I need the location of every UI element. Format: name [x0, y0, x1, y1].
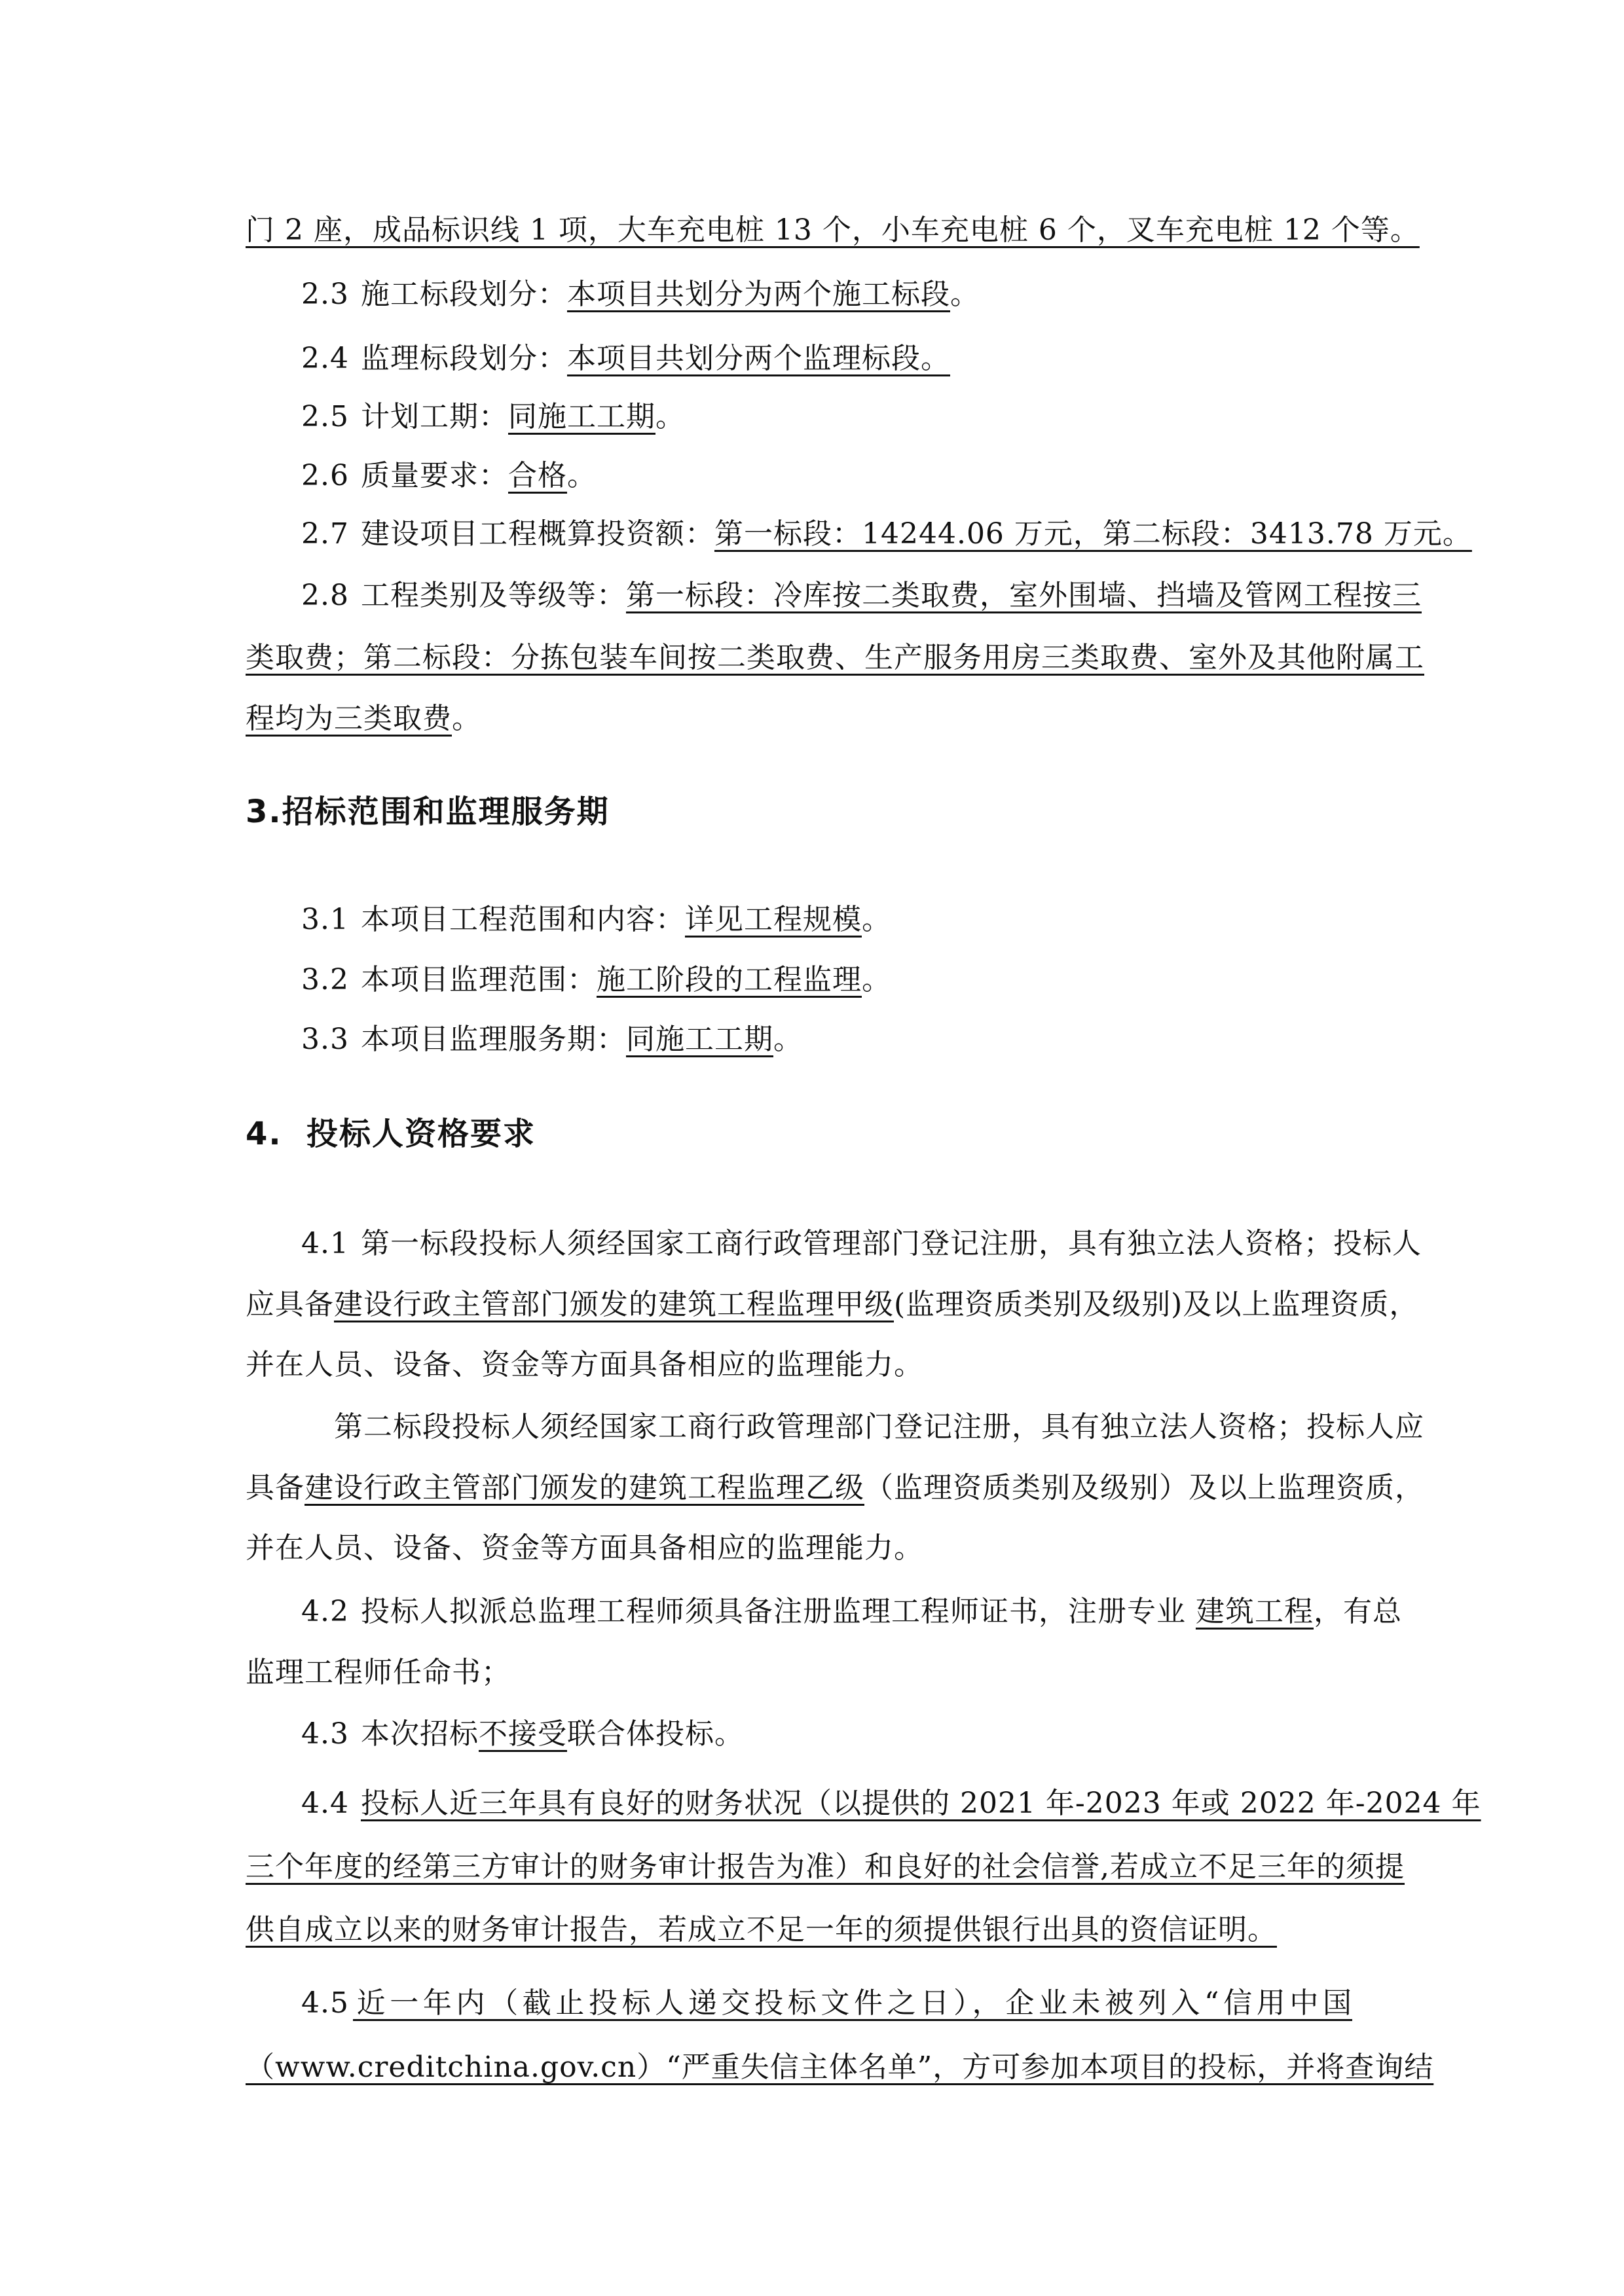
- item-value: 详见工程规模: [685, 903, 862, 936]
- consortium-value: 不接受: [479, 1717, 567, 1751]
- item-value: 合格: [508, 459, 567, 492]
- item-value: 施工阶段的工程监理: [597, 963, 862, 996]
- item-2-4: 2.4监理标段划分：本项目共划分两个监理标段。: [301, 339, 1352, 378]
- item-number: 4.2: [301, 1595, 349, 1628]
- item-label: 本项目工程范围和内容：: [361, 903, 685, 936]
- item-text: 供自成立以来的财务审计报告，若成立不足一年的须提供银行出具的资信证明。: [246, 1913, 1277, 1946]
- item-value-cont: 程均为三类取费: [246, 702, 452, 735]
- item-text: （监理资质类别及级别）及以上监理资质，: [864, 1471, 1424, 1504]
- specialty-value: 建筑工程: [1196, 1595, 1314, 1628]
- item-text: (监理资质类别及级别)及以上监理资质，: [894, 1288, 1418, 1321]
- item-tail: 。: [862, 963, 891, 996]
- item-tail: 。: [773, 1023, 803, 1056]
- item-text: 具备: [246, 1471, 304, 1504]
- qualification-value: 建设行政主管部门颁发的建筑工程监理乙级: [304, 1471, 864, 1504]
- item-text: 应具备: [246, 1288, 334, 1321]
- item-number: 2.5: [301, 400, 349, 433]
- item-4-1-line3: 并在人员、设备、资金等方面具备相应的监理能力。: [246, 1345, 1352, 1385]
- item-number: 2.4: [301, 342, 349, 375]
- item-label: 建设项目工程概算投资额：: [361, 517, 714, 551]
- item-text: 并在人员、设备、资金等方面具备相应的监理能力。: [246, 1531, 923, 1565]
- item-4-4-line2: 三个年度的经第三方审计的财务审计报告为准）和良好的社会信誉,若成立不足三年的须提: [246, 1848, 1352, 1887]
- item-value-cont: 类取费；第二标段：分拣包装车间按二类取费、生产服务用房三类取费、室外及其他附属工: [246, 641, 1424, 674]
- item-4-1-line2: 应具备建设行政主管部门颁发的建筑工程监理甲级(监理资质类别及级别)及以上监理资质…: [246, 1285, 1352, 1324]
- section-4-heading: 4. 投标人资格要求: [246, 1113, 536, 1155]
- item-4-2-line1: 4.2投标人拟派总监理工程师须具备注册监理工程师证书，注册专业 建筑工程，有总: [301, 1592, 1352, 1631]
- item-text: 投标人近三年具有良好的财务状况（以提供的 2021 年-2023 年或 2022…: [361, 1787, 1481, 1820]
- item-value: 第一标段：冷库按二类取费，室外围墙、挡墙及管网工程按三: [626, 579, 1422, 612]
- item-2-8-line2: 类取费；第二标段：分拣包装车间按二类取费、生产服务用房三类取费、室外及其他附属工: [246, 638, 1352, 678]
- item-number: 4.4: [301, 1787, 349, 1820]
- item-2-3: 2.3施工标段划分：本项目共划分为两个施工标段。: [301, 275, 1352, 314]
- item-text: 第二标段投标人须经国家工商行政管理部门登记注册，具有独立法人资格；投标人应: [334, 1410, 1424, 1444]
- item-value: 本项目共划分两个监理标段。: [567, 342, 950, 375]
- item-2-8-line3: 程均为三类取费。: [246, 699, 1352, 738]
- item-4-3: 4.3本次招标不接受联合体投标。: [301, 1715, 1352, 1754]
- item-value: 第一标段：14244.06 万元，第二标段：3413.78 万元。: [714, 517, 1472, 551]
- item-label: 质量要求：: [361, 459, 508, 492]
- item-text: 本次招标: [361, 1717, 479, 1751]
- item-tail: 。: [452, 702, 481, 735]
- item-tail: 。: [567, 459, 597, 492]
- item-tail: 。: [950, 278, 980, 311]
- item-label: 本项目监理服务期：: [361, 1023, 626, 1056]
- item-tail: 。: [862, 903, 891, 936]
- item-3-1: 3.1本项目工程范围和内容：详见工程规模。: [301, 900, 1352, 939]
- underlined-value: 门 2 座，成品标识线 1 项，大车充电桩 13 个，小车充电桩 6 个，叉车充…: [246, 213, 1420, 247]
- item-number: 3.2: [301, 963, 349, 996]
- item-number: 4.1: [301, 1227, 349, 1260]
- item-label: 工程类别及等级等：: [361, 579, 626, 612]
- item-text: 并在人员、设备、资金等方面具备相应的监理能力。: [246, 1348, 923, 1381]
- qualification-value: 建设行政主管部门颁发的建筑工程监理甲级: [334, 1288, 894, 1321]
- item-value: 同施工工期: [508, 400, 655, 433]
- item-label: 计划工期：: [361, 400, 508, 433]
- item-value: 同施工工期: [626, 1023, 773, 1056]
- item-text: 近一年内（截止投标人递交投标文件之日），企业未被列入“信用中国: [353, 1986, 1352, 2020]
- item-text: 三个年度的经第三方审计的财务审计报告为准）和良好的社会信誉,若成立不足三年的须提: [246, 1850, 1405, 1884]
- item-number: 2.7: [301, 517, 349, 551]
- item-number: 4.5: [301, 1986, 349, 2020]
- item-label: 本项目监理范围：: [361, 963, 597, 996]
- continuation-line: 门 2 座，成品标识线 1 项，大车充电桩 13 个，小车充电桩 6 个，叉车充…: [246, 211, 1352, 250]
- item-2-6: 2.6质量要求：合格。: [301, 456, 1352, 496]
- item-4-1b-line3: 并在人员、设备、资金等方面具备相应的监理能力。: [246, 1529, 1352, 1568]
- item-3-3: 3.3本项目监理服务期：同施工工期。: [301, 1020, 1352, 1059]
- item-2-8-line1: 2.8工程类别及等级等：第一标段：冷库按二类取费，室外围墙、挡墙及管网工程按三: [301, 576, 1352, 615]
- item-2-5: 2.5计划工期：同施工工期。: [301, 397, 1352, 437]
- item-4-1b-line2: 具备建设行政主管部门颁发的建筑工程监理乙级（监理资质类别及级别）及以上监理资质，: [246, 1468, 1352, 1508]
- item-2-7: 2.7建设项目工程概算投资额：第一标段：14244.06 万元，第二标段：341…: [301, 515, 1352, 554]
- item-4-2-line2: 监理工程师任命书；: [246, 1653, 1352, 1692]
- item-number: 3.3: [301, 1023, 349, 1056]
- item-4-5-line1: 4.5近一年内（截止投标人递交投标文件之日），企业未被列入“信用中国: [301, 1984, 1352, 2023]
- document-page: 门 2 座，成品标识线 1 项，大车充电桩 13 个，小车充电桩 6 个，叉车充…: [0, 0, 1624, 2296]
- item-text: 监理工程师任命书；: [246, 1656, 511, 1689]
- item-value: 本项目共划分为两个施工标段: [567, 278, 950, 311]
- item-3-2: 3.2本项目监理范围：施工阶段的工程监理。: [301, 960, 1352, 1000]
- item-number: 2.6: [301, 459, 349, 492]
- item-number: 2.3: [301, 278, 349, 311]
- item-number: 3.1: [301, 903, 349, 936]
- item-text: ，有总: [1314, 1595, 1402, 1628]
- item-text: 第一标段投标人须经国家工商行政管理部门登记注册，具有独立法人资格；投标人: [361, 1227, 1422, 1260]
- item-4-1b-line1: 第二标段投标人须经国家工商行政管理部门登记注册，具有独立法人资格；投标人应: [334, 1408, 1352, 1447]
- item-text: 投标人拟派总监理工程师须具备注册监理工程师证书，注册专业: [361, 1595, 1196, 1628]
- item-number: 4.3: [301, 1717, 349, 1751]
- item-4-4-line3: 供自成立以来的财务审计报告，若成立不足一年的须提供银行出具的资信证明。: [246, 1910, 1352, 1950]
- item-text: 联合体投标。: [567, 1717, 744, 1751]
- section-3-heading: 3.招标范围和监理服务期: [246, 791, 610, 833]
- item-tail: 。: [655, 400, 685, 433]
- item-number: 2.8: [301, 579, 349, 612]
- item-label: 施工标段划分：: [361, 278, 567, 311]
- item-text: （www.creditchina.gov.cn）“严重失信主体名单”，方可参加本…: [246, 2050, 1433, 2084]
- item-4-5-line2: （www.creditchina.gov.cn）“严重失信主体名单”，方可参加本…: [246, 2048, 1352, 2087]
- item-4-1-line1: 4.1第一标段投标人须经国家工商行政管理部门登记注册，具有独立法人资格；投标人: [301, 1224, 1352, 1264]
- item-4-4-line1: 4.4投标人近三年具有良好的财务状况（以提供的 2021 年-2023 年或 2…: [301, 1784, 1352, 1823]
- item-label: 监理标段划分：: [361, 342, 567, 375]
